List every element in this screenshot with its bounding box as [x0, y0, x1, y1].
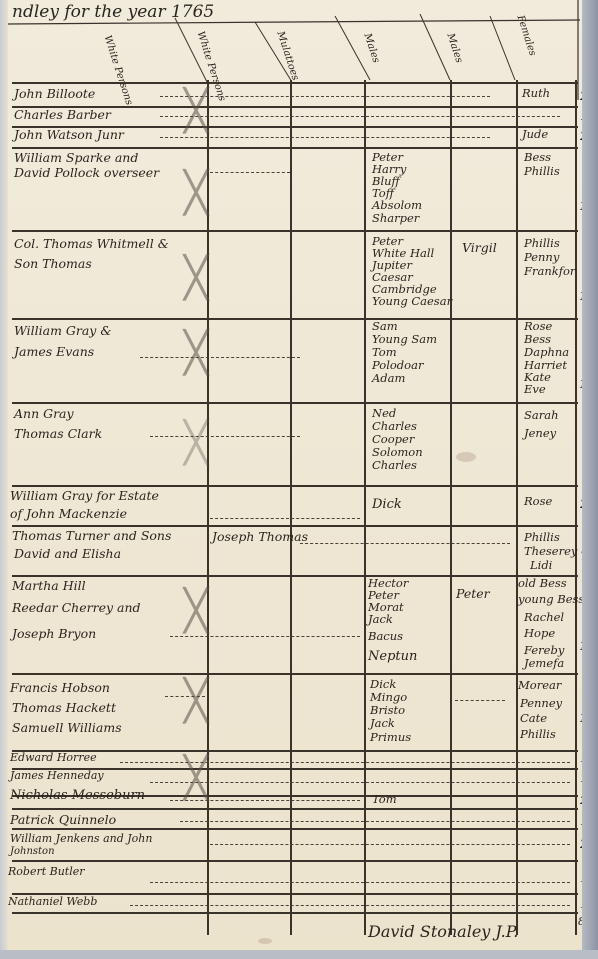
owner-name: Martha Hill — [12, 580, 86, 593]
female-name: Penney — [520, 698, 562, 710]
blank-dash — [160, 137, 490, 138]
owner-name: David Pollock overseer — [14, 167, 159, 180]
female-name: Sarah — [524, 410, 559, 422]
female-name: Daphna — [524, 347, 569, 359]
row-rule — [12, 808, 578, 810]
blank-dash — [210, 844, 570, 845]
male-name: Ned — [372, 408, 396, 420]
blank-dash — [160, 116, 560, 117]
male-name: Young Sam — [372, 334, 437, 346]
female-name: Phillis — [524, 532, 560, 544]
owner-name: William Gray & — [14, 325, 111, 338]
male-name: Solomon — [372, 447, 423, 459]
male-name: Jack — [368, 614, 393, 626]
row-rule — [12, 318, 578, 320]
male-name: Primus — [370, 732, 411, 744]
owner-name: of John Mackenzie — [10, 508, 127, 521]
male-name: Neptun — [368, 650, 417, 663]
female-name: Frankfor — [524, 266, 575, 278]
row-rule — [12, 147, 578, 149]
male-name: Tom — [372, 347, 397, 359]
row-rule — [12, 485, 578, 487]
male-name: Charles — [372, 460, 417, 472]
blank-dash — [300, 543, 510, 544]
blank-dash — [160, 96, 490, 97]
row-rule — [12, 525, 578, 527]
paper-stain — [456, 452, 476, 462]
male-name: Adam — [372, 373, 405, 385]
white-person-name: Joseph Thomas — [212, 531, 308, 544]
row-rule — [12, 912, 578, 914]
cross-mark: ╳ — [184, 678, 208, 724]
female-name: Morear — [518, 680, 561, 692]
blank-dash — [210, 172, 290, 173]
male-name: Mingo — [370, 692, 407, 704]
male-name: Dick — [372, 498, 402, 511]
blank-dash — [150, 882, 570, 883]
male-name: Sharper — [372, 213, 419, 225]
female-name: Rose — [524, 321, 552, 333]
female-name: Phillis — [524, 166, 560, 178]
ledger-page: ndley for the year 1765 White Persons Wh… — [0, 0, 582, 950]
row-rule — [12, 860, 578, 862]
owner-name: William Gray for Estate — [10, 490, 159, 503]
owner-name: James Henneday — [10, 770, 104, 781]
blank-dash — [140, 357, 300, 358]
female-name: Cate — [520, 713, 547, 725]
female-name: Jeney — [524, 428, 556, 440]
column-rule — [450, 80, 452, 935]
female-name: Theserey — [524, 546, 577, 558]
owner-name: Thomas Clark — [14, 428, 102, 441]
cross-mark: ╳ — [184, 588, 208, 634]
owner-name: John Billoote — [14, 88, 95, 101]
blank-dash — [150, 436, 300, 437]
female-name: Fereby — [524, 645, 564, 657]
page-edge-right — [582, 0, 598, 959]
row-rule — [12, 673, 578, 675]
blank-dash — [170, 636, 360, 637]
column-rule — [364, 80, 366, 935]
female-name: Lidi — [530, 560, 552, 572]
row-rule — [12, 230, 578, 232]
blank-dash — [210, 518, 360, 519]
male-name-2: Virgil — [462, 242, 497, 255]
female-name: Eve — [524, 384, 546, 396]
row-rule — [12, 402, 578, 404]
male-name: Bristo — [370, 705, 405, 717]
owner-name: Charles Barber — [14, 109, 111, 122]
female-name: old Bess — [518, 578, 567, 590]
owner-name: Reedar Cherrey and — [12, 602, 141, 615]
female-name: Bess — [524, 334, 551, 346]
signature: David Stonaley J.P. — [368, 924, 518, 940]
column-rule — [516, 80, 518, 935]
cross-mark: ╳ — [184, 420, 208, 466]
column-rule — [290, 80, 292, 935]
blank-dash — [150, 782, 570, 783]
owner-name: Son Thomas — [14, 258, 92, 271]
female-name: Rachel — [524, 612, 564, 624]
blank-dash — [130, 905, 570, 906]
cross-mark: ╳ — [184, 88, 208, 134]
female-name: Phillis — [520, 729, 556, 741]
female-name: young Bess — [518, 594, 584, 606]
male-name: Cooper — [372, 434, 414, 446]
blank-dash — [180, 821, 570, 822]
blank-dash — [165, 696, 205, 697]
owner-name: Thomas Hackett — [12, 702, 116, 715]
column-rule — [575, 80, 577, 935]
owner-name: Samuell Williams — [12, 722, 122, 735]
owner-name: Nathaniel Webb — [8, 896, 97, 907]
female-name: Penny — [524, 252, 559, 264]
female-name: Ruth — [522, 88, 550, 100]
male-name-2: Peter — [456, 588, 490, 601]
male-name: Young Caesar — [372, 296, 452, 308]
row-rule — [12, 82, 578, 84]
blank-dash — [455, 700, 505, 701]
owner-name: Francis Hobson — [10, 682, 110, 695]
row-rule — [12, 575, 578, 577]
female-name: Jude — [522, 129, 548, 141]
owner-name: Thomas Turner and Sons — [12, 530, 171, 543]
female-name: Jemefa — [524, 658, 564, 670]
owner-name: Col. Thomas Whitmell & — [14, 238, 169, 251]
page-edge-bottom — [0, 950, 598, 959]
cross-mark: ╳ — [184, 330, 208, 376]
female-name: Phillis — [524, 238, 560, 250]
owner-name: John Watson Junr — [14, 129, 124, 142]
page-edge-left — [0, 0, 8, 959]
male-name: Charles — [372, 421, 417, 433]
male-name: Bacus — [368, 631, 403, 643]
header-rules — [0, 0, 598, 100]
blank-dash — [120, 762, 570, 763]
male-name: Jack — [370, 718, 395, 730]
blank-dash — [170, 800, 360, 801]
owner-name: Nicholas Messeburn — [10, 789, 145, 802]
owner-name: Patrick Quinnelo — [10, 814, 116, 827]
owner-name: James Evans — [14, 346, 94, 359]
owner-name: Joseph Bryon — [12, 628, 96, 641]
owner-name: Edward Horree — [10, 752, 97, 763]
owner-name: Robert Butler — [8, 866, 85, 877]
cross-mark: ╳ — [184, 170, 208, 216]
female-name: Bess — [524, 152, 551, 164]
paper-stain — [258, 938, 272, 944]
owner-name: Johnston — [10, 847, 55, 857]
owner-name: Ann Gray — [14, 408, 74, 421]
male-name: Sam — [372, 321, 398, 333]
male-name: Tom — [372, 794, 397, 806]
male-name: Absolom — [372, 200, 422, 212]
owner-name: William Jenkens and John — [10, 833, 152, 844]
owner-name: William Sparke and — [14, 152, 138, 165]
female-name: Hope — [524, 628, 555, 640]
owner-name: David and Elisha — [14, 548, 121, 561]
male-name: Polodoar — [372, 360, 423, 372]
cross-mark: ╳ — [184, 255, 208, 301]
row-rule — [12, 828, 578, 830]
female-name: Rose — [524, 496, 552, 508]
male-name: Dick — [370, 679, 396, 691]
